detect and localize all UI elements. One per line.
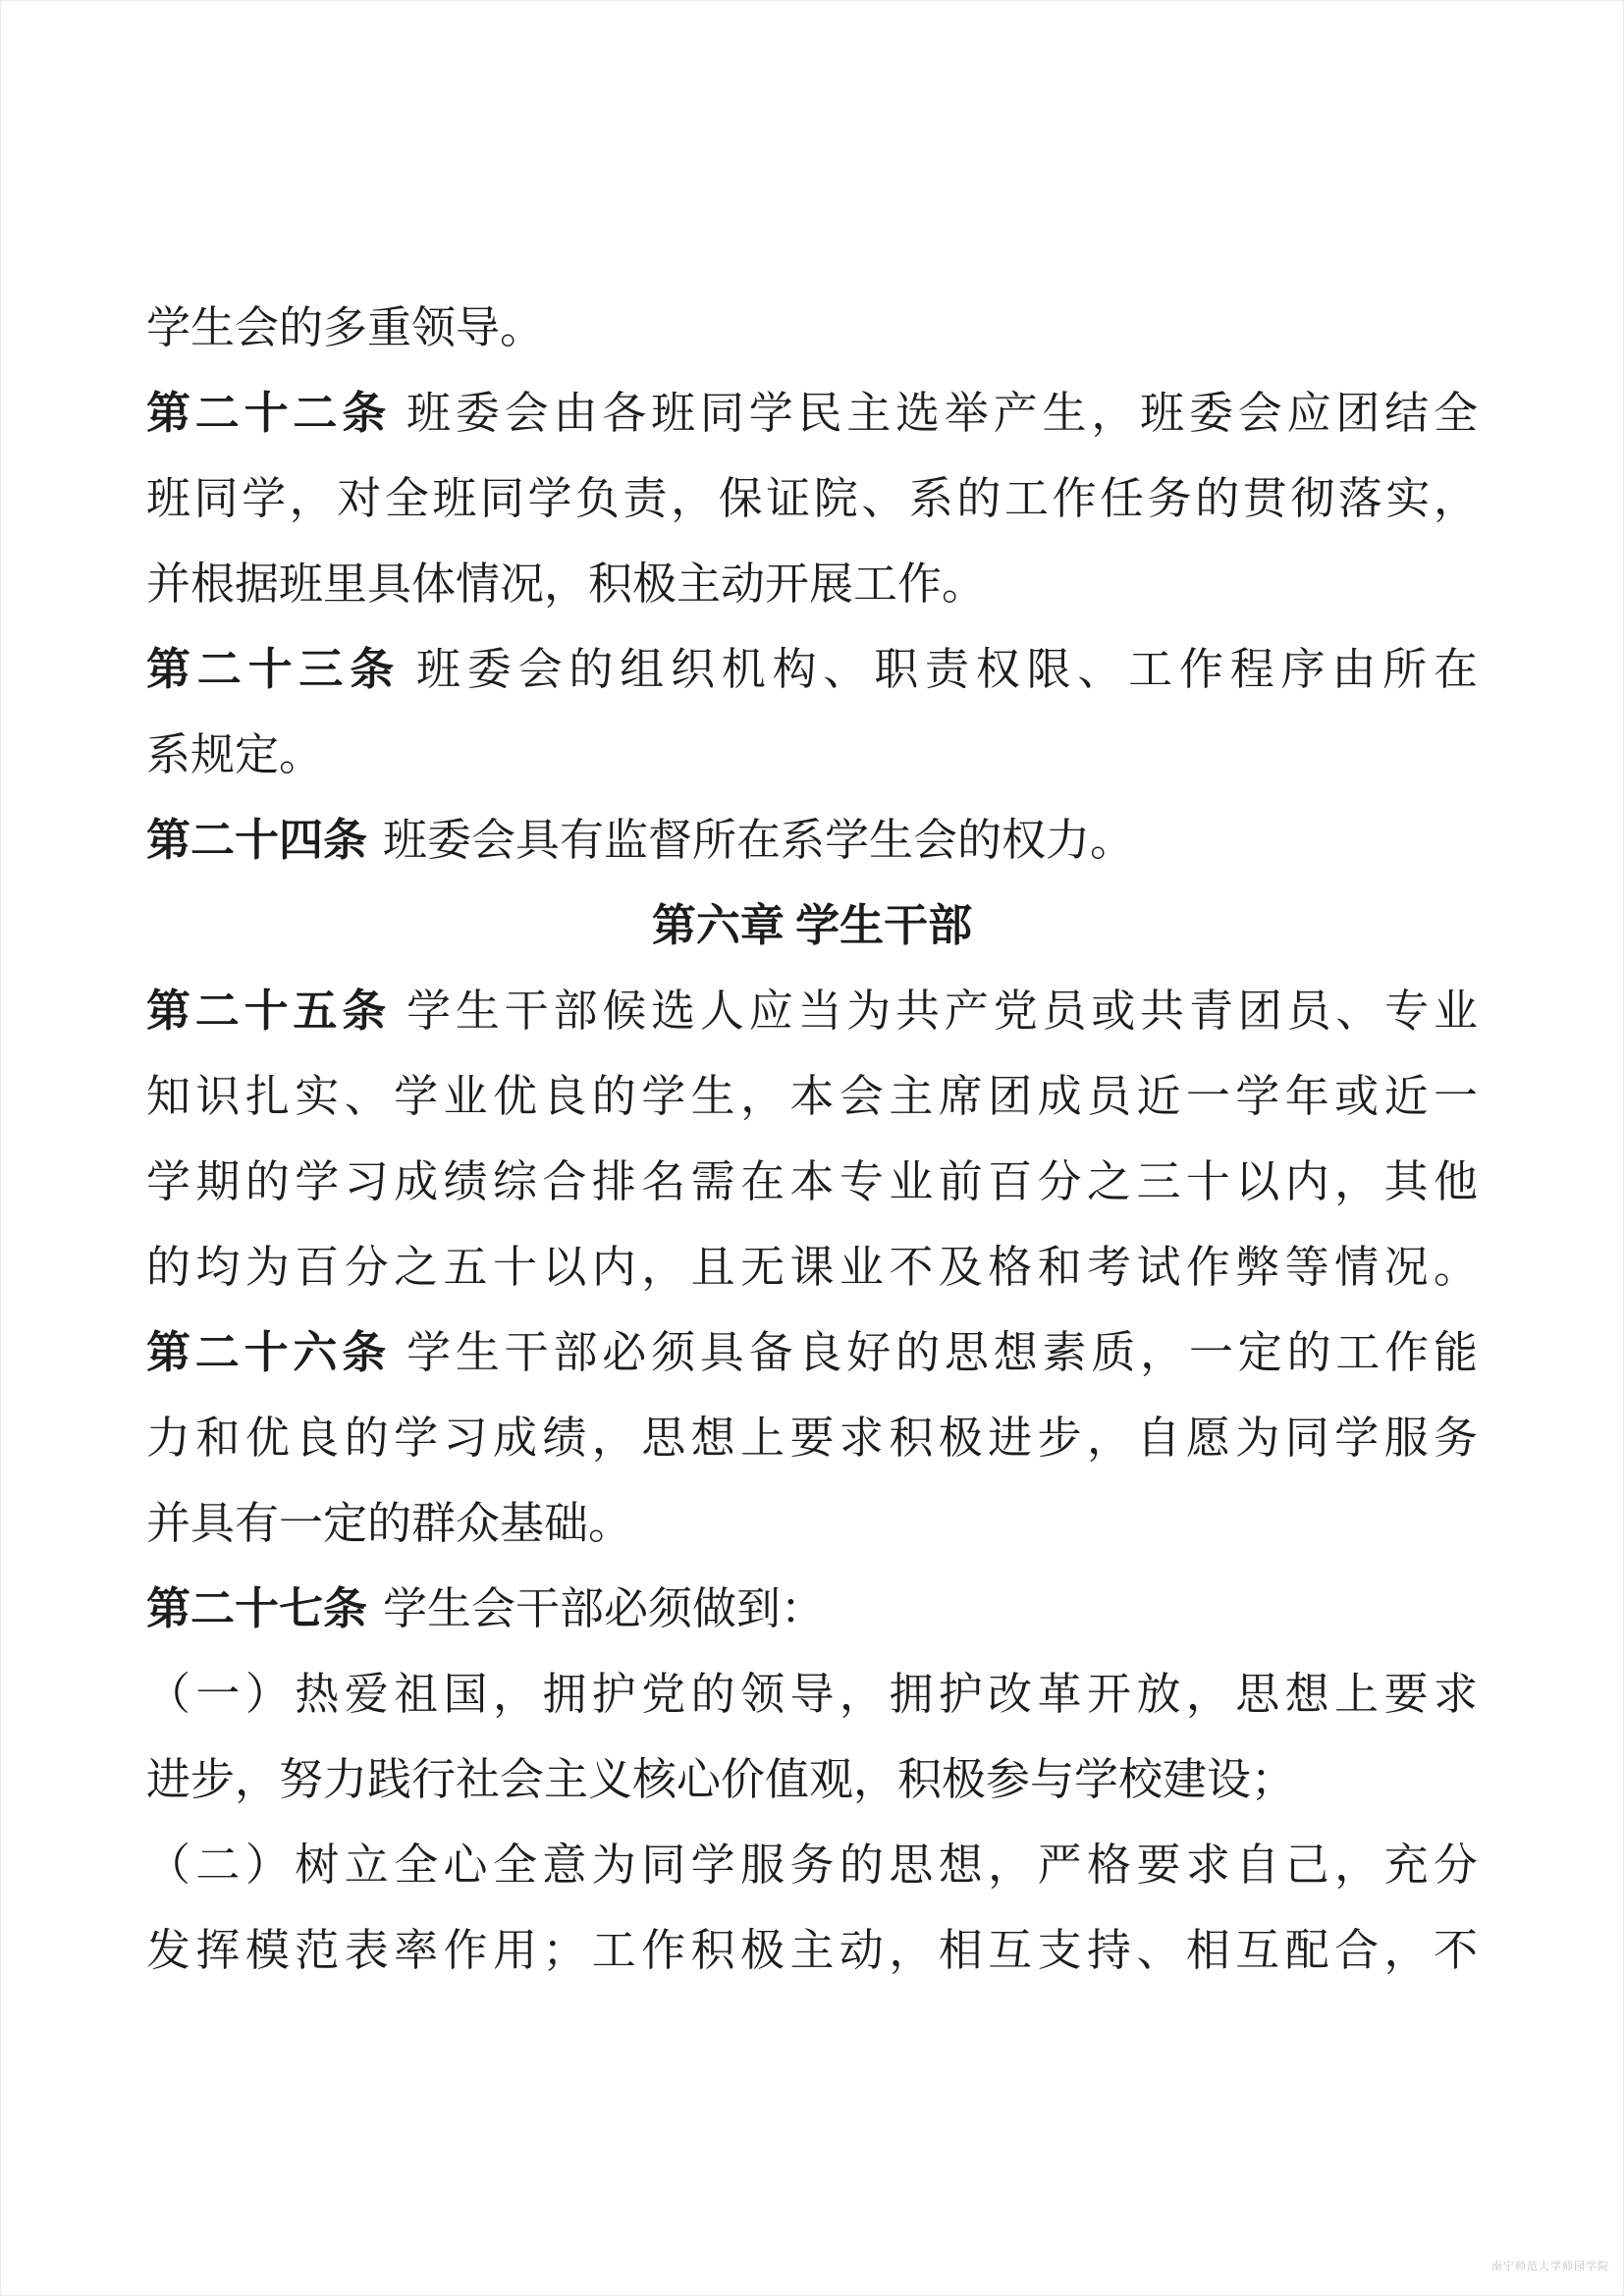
article-line: 第二十四条班委会具有监督所在系学生会的权力。 <box>146 798 1478 883</box>
line-text: 学生会的多重领导。 <box>146 303 544 352</box>
article-line: 第二十五条学生干部候选人应当为共产党员或共青团员、专业 <box>146 969 1478 1054</box>
line-text: 发挥模范表率作用；工作积极主动，相互支持、相互配合，不 <box>146 1926 1478 1975</box>
body-line: 发挥模范表率作用；工作积极主动，相互支持、相互配合，不 <box>146 1908 1478 1994</box>
body-line: 学期的学习成绩综合排名需在本专业前百分之三十以内，其他 <box>146 1140 1478 1225</box>
watermark: 南宁师范大学师园学院 <box>1491 2258 1609 2273</box>
body-line: 知识扎实、学业优良的学生，本会主席团成员近一学年或近一 <box>146 1054 1478 1140</box>
line-text: 学期的学习成绩综合排名需在本专业前百分之三十以内，其他 <box>146 1157 1478 1206</box>
body-line: 并根据班里具体情况，积极主动开展工作。 <box>146 542 1478 627</box>
chapter-heading: 第六章 学生干部 <box>146 883 1478 969</box>
line-text: 力和优良的学习成绩，思想上要求积极进步，自愿为同学服务 <box>146 1414 1478 1463</box>
line-text: （二）树立全心全意为同学服务的思想，严格要求自己，充分 <box>146 1841 1478 1890</box>
line-text: 班委会由各班同学民主选举产生，班委会应团结全 <box>406 389 1478 438</box>
article-line: 第二十六条学生干部必须具备良好的思想素质，一定的工作能 <box>146 1310 1478 1396</box>
article-number: 第二十三条 <box>146 645 401 694</box>
line-text: 学生干部候选人应当为共产党员或共青团员、专业 <box>406 987 1478 1036</box>
body-line: （二）树立全心全意为同学服务的思想，严格要求自己，充分 <box>146 1823 1478 1908</box>
body-line: 的均为百分之五十以内，且无课业不及格和考试作弊等情况。 <box>146 1225 1478 1310</box>
document-body: 学生会的多重领导。第二十二条班委会由各班同学民主选举产生，班委会应团结全班同学，… <box>146 286 1478 1994</box>
document-page: 学生会的多重领导。第二十二条班委会由各班同学民主选举产生，班委会应团结全班同学，… <box>0 0 1624 2296</box>
body-line: 系规定。 <box>146 713 1478 798</box>
line-text: 班委会具有监督所在系学生会的权力。 <box>383 816 1134 865</box>
article-line: 第二十三条班委会的组织机构、职责权限、工作程序由所在 <box>146 627 1478 713</box>
line-text: 知识扎实、学业优良的学生，本会主席团成员近一学年或近一 <box>146 1072 1478 1121</box>
line-text: 系规定。 <box>146 730 323 779</box>
line-text: 进步，努力践行社会主义核心价值观，积极参与学校建设； <box>146 1755 1295 1804</box>
article-number: 第二十五条 <box>146 987 391 1036</box>
line-text: 班同学，对全班同学负责，保证院、系的工作任务的贯彻落实， <box>146 474 1478 523</box>
line-text: 并根据班里具体情况，积极主动开展工作。 <box>146 560 986 609</box>
body-line: 学生会的多重领导。 <box>146 286 1478 371</box>
article-number: 第二十四条 <box>146 816 367 865</box>
line-text: （一）热爱祖国，拥护党的领导，拥护改革开放，思想上要求 <box>146 1670 1478 1719</box>
line-text: 学生干部必须具备良好的思想素质，一定的工作能 <box>406 1328 1478 1377</box>
body-line: 并具有一定的群众基础。 <box>146 1481 1478 1567</box>
article-line: 第二十七条学生会干部必须做到： <box>146 1567 1478 1652</box>
body-line: （一）热爱祖国，拥护党的领导，拥护改革开放，思想上要求 <box>146 1652 1478 1737</box>
body-line: 班同学，对全班同学负责，保证院、系的工作任务的贯彻落实， <box>146 456 1478 542</box>
article-number: 第二十七条 <box>146 1584 367 1633</box>
body-line: 进步，努力践行社会主义核心价值观，积极参与学校建设； <box>146 1737 1478 1823</box>
line-text: 学生会干部必须做到： <box>383 1584 825 1633</box>
line-text: 的均为百分之五十以内，且无课业不及格和考试作弊等情况。 <box>146 1243 1478 1292</box>
line-text: 第六章 学生干部 <box>652 901 972 950</box>
article-number: 第二十二条 <box>146 389 391 438</box>
article-number: 第二十六条 <box>146 1328 391 1377</box>
line-text: 并具有一定的群众基础。 <box>146 1499 632 1548</box>
line-text: 班委会的组织机构、职责权限、工作程序由所在 <box>416 645 1478 694</box>
body-line: 力和优良的学习成绩，思想上要求积极进步，自愿为同学服务 <box>146 1396 1478 1481</box>
article-line: 第二十二条班委会由各班同学民主选举产生，班委会应团结全 <box>146 371 1478 456</box>
